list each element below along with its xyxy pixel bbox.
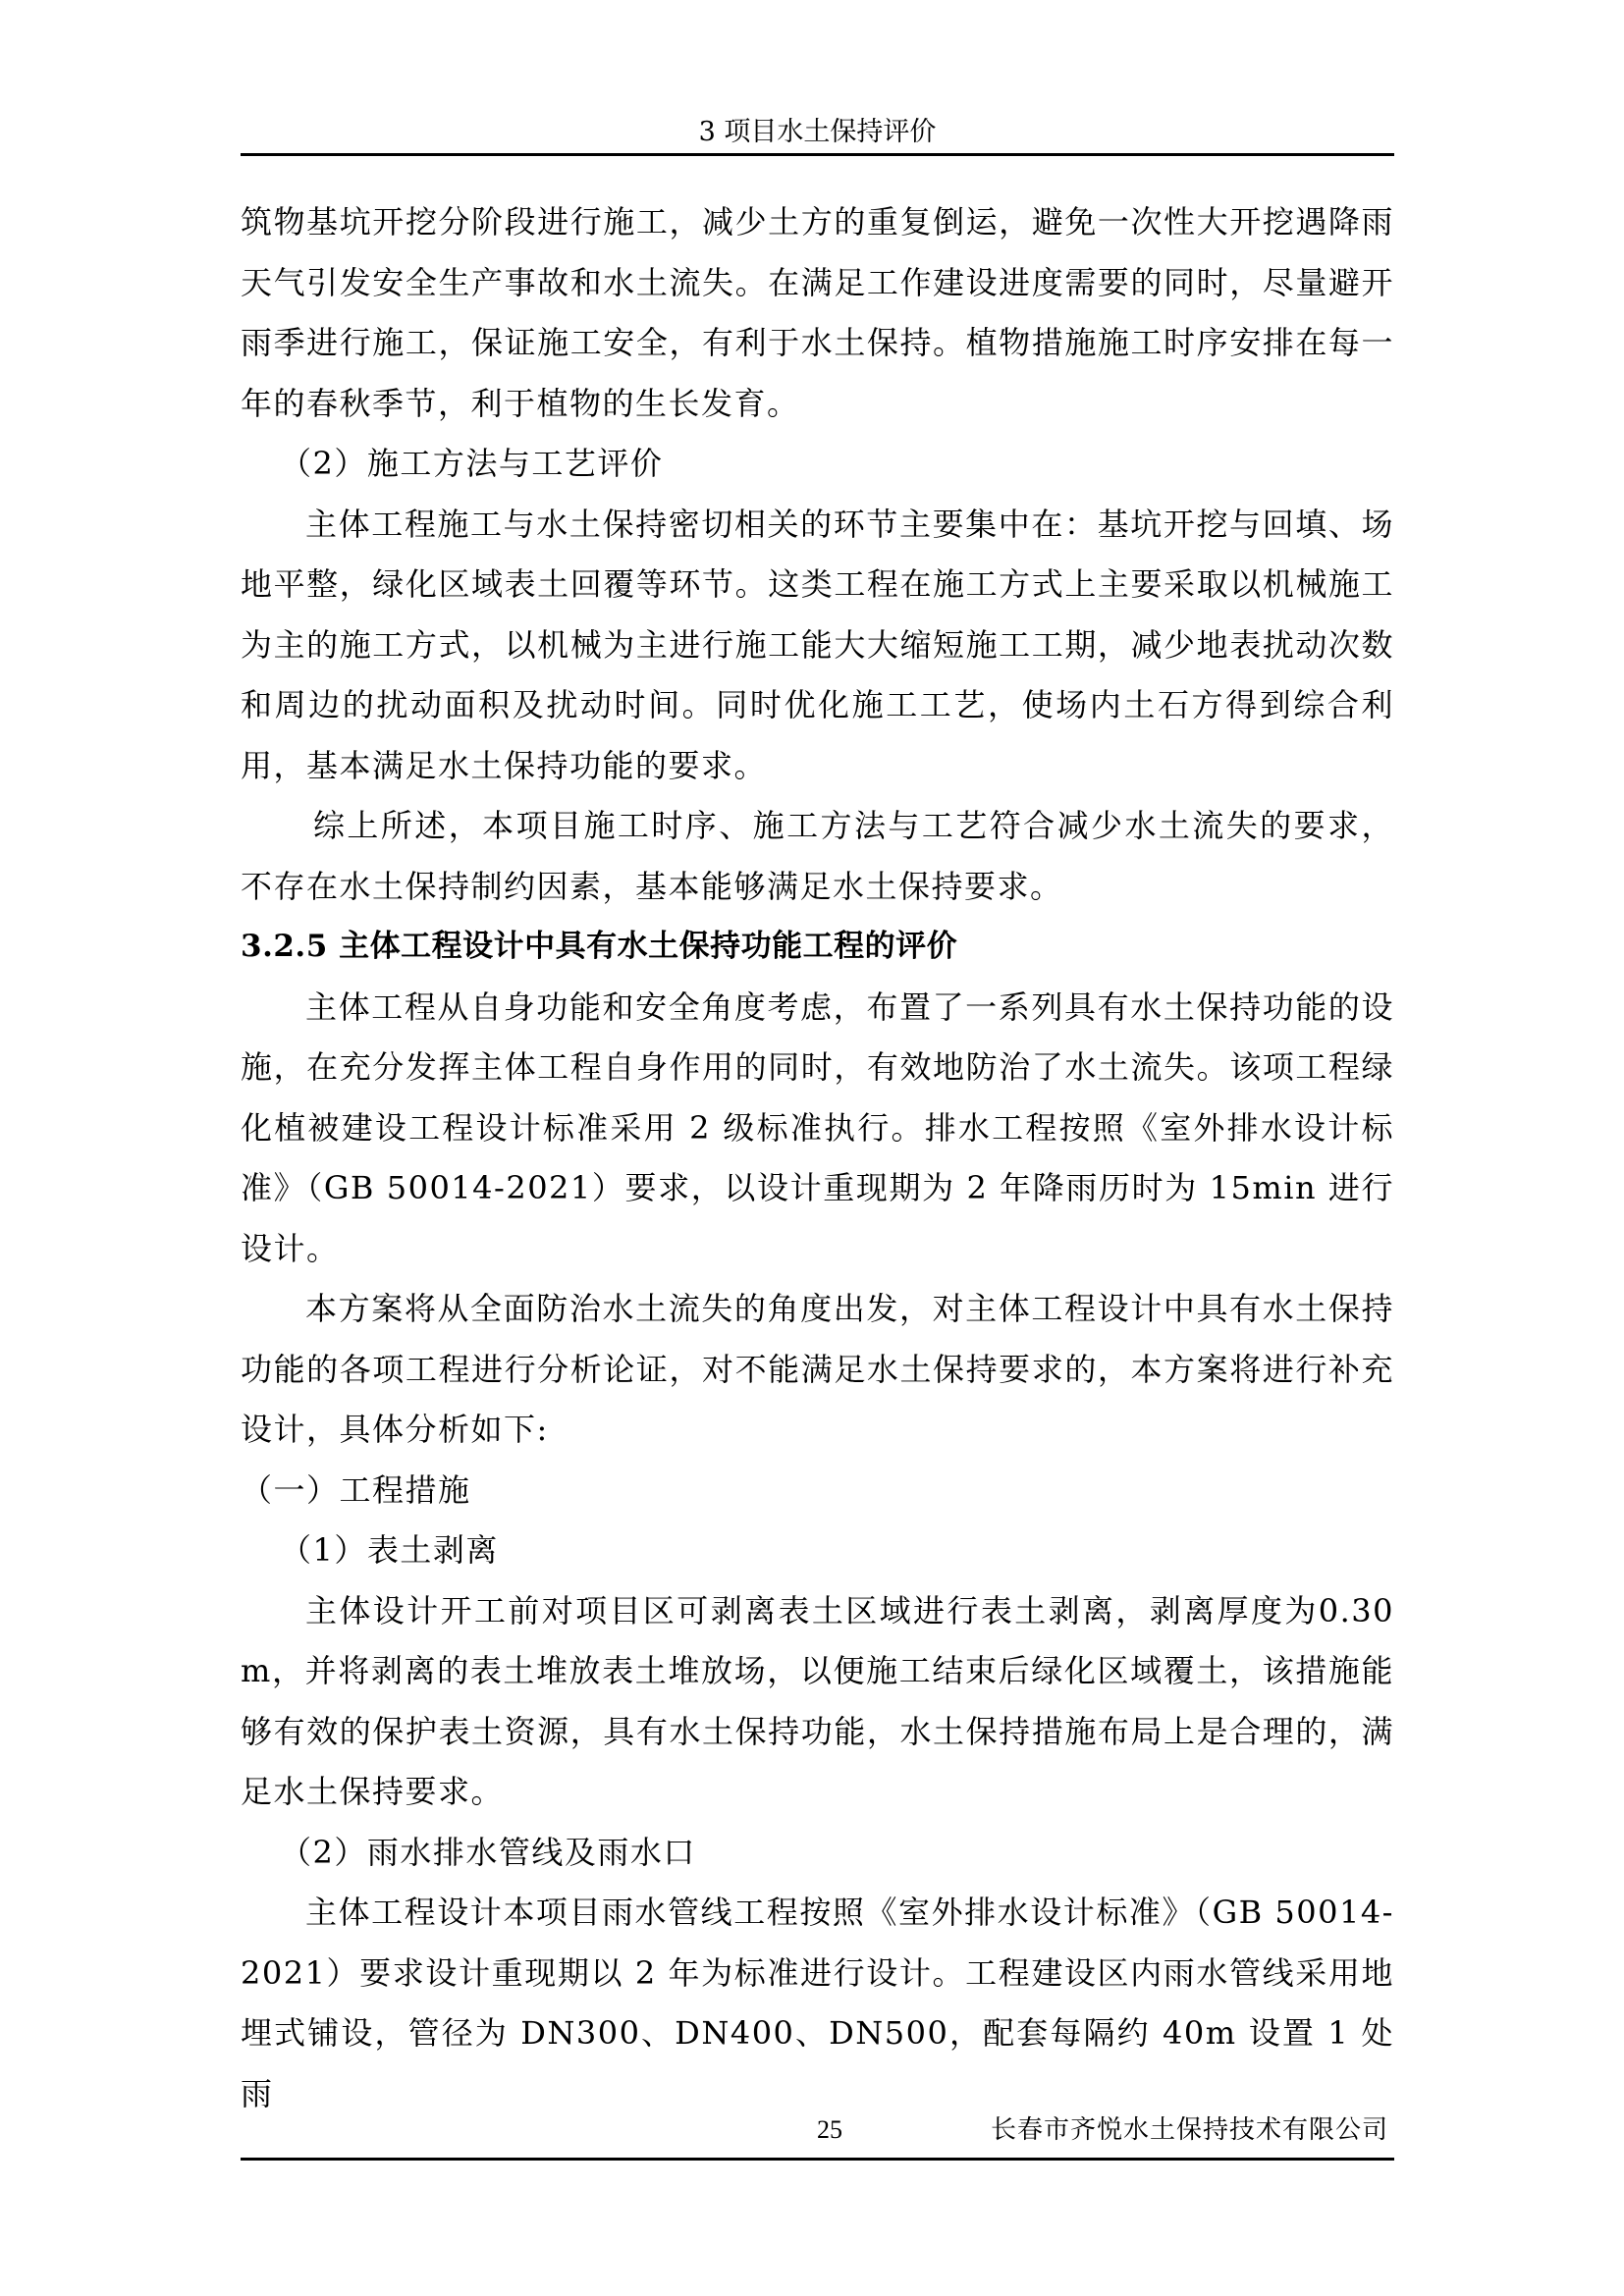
paragraph-rain-pipeline: 主体工程设计本项目雨水管线工程按照《室外排水设计标准》（GB 50014-202… (241, 1883, 1394, 2124)
header-divider (241, 153, 1394, 156)
running-header: 3 项目水土保持评价 (241, 110, 1394, 154)
subheading-construction-method: （2）施工方法与工艺评价 (241, 434, 1394, 495)
paragraph-main-project-design: 主体工程从自身功能和安全角度考虑，布置了一系列具有水土保持功能的设施，在充分发挥… (241, 978, 1394, 1280)
paragraph-construction-sequence: 筑物基坑开挖分阶段进行施工，减少土方的重复倒运，避免一次性大开挖遇降雨天气引发安… (241, 192, 1394, 434)
paragraph-construction-method: 主体工程施工与水土保持密切相关的环节主要集中在：基坑开挖与回填、场地平整，绿化区… (241, 495, 1394, 797)
company-name: 长春市齐悦水土保持技术有限公司 (991, 2110, 1388, 2150)
section-heading-3-2-5: 3.2.5 主体工程设计中具有水土保持功能工程的评价 (241, 917, 1394, 978)
paragraph-summary: 综上所述，本项目施工时序、施工方法与工艺符合减少水土流失的要求，不存在水土保持制… (241, 796, 1394, 917)
footer-divider (241, 2158, 1394, 2161)
paragraph-analysis-intro: 本方案将从全面防治水土流失的角度出发，对主体工程设计中具有水土保持功能的各项工程… (241, 1279, 1394, 1461)
subheading-engineering-measures: （一）工程措施 (241, 1461, 1394, 1522)
page-number: 25 (805, 2110, 854, 2150)
paragraph-topsoil-stripping: 主体设计开工前对项目区可剥离表土区域进行表土剥离，剥离厚度为0.30m，并将剥离… (241, 1581, 1394, 1823)
page-body: 筑物基坑开挖分阶段进行施工，减少土方的重复倒运，避免一次性大开挖遇降雨天气引发安… (241, 192, 1394, 2124)
subheading-rain-pipeline: （2）雨水排水管线及雨水口 (241, 1823, 1394, 1884)
subheading-topsoil-stripping: （1）表土剥离 (241, 1521, 1394, 1581)
page-footer: 25 长春市齐悦水土保持技术有限公司 (241, 2110, 1394, 2150)
